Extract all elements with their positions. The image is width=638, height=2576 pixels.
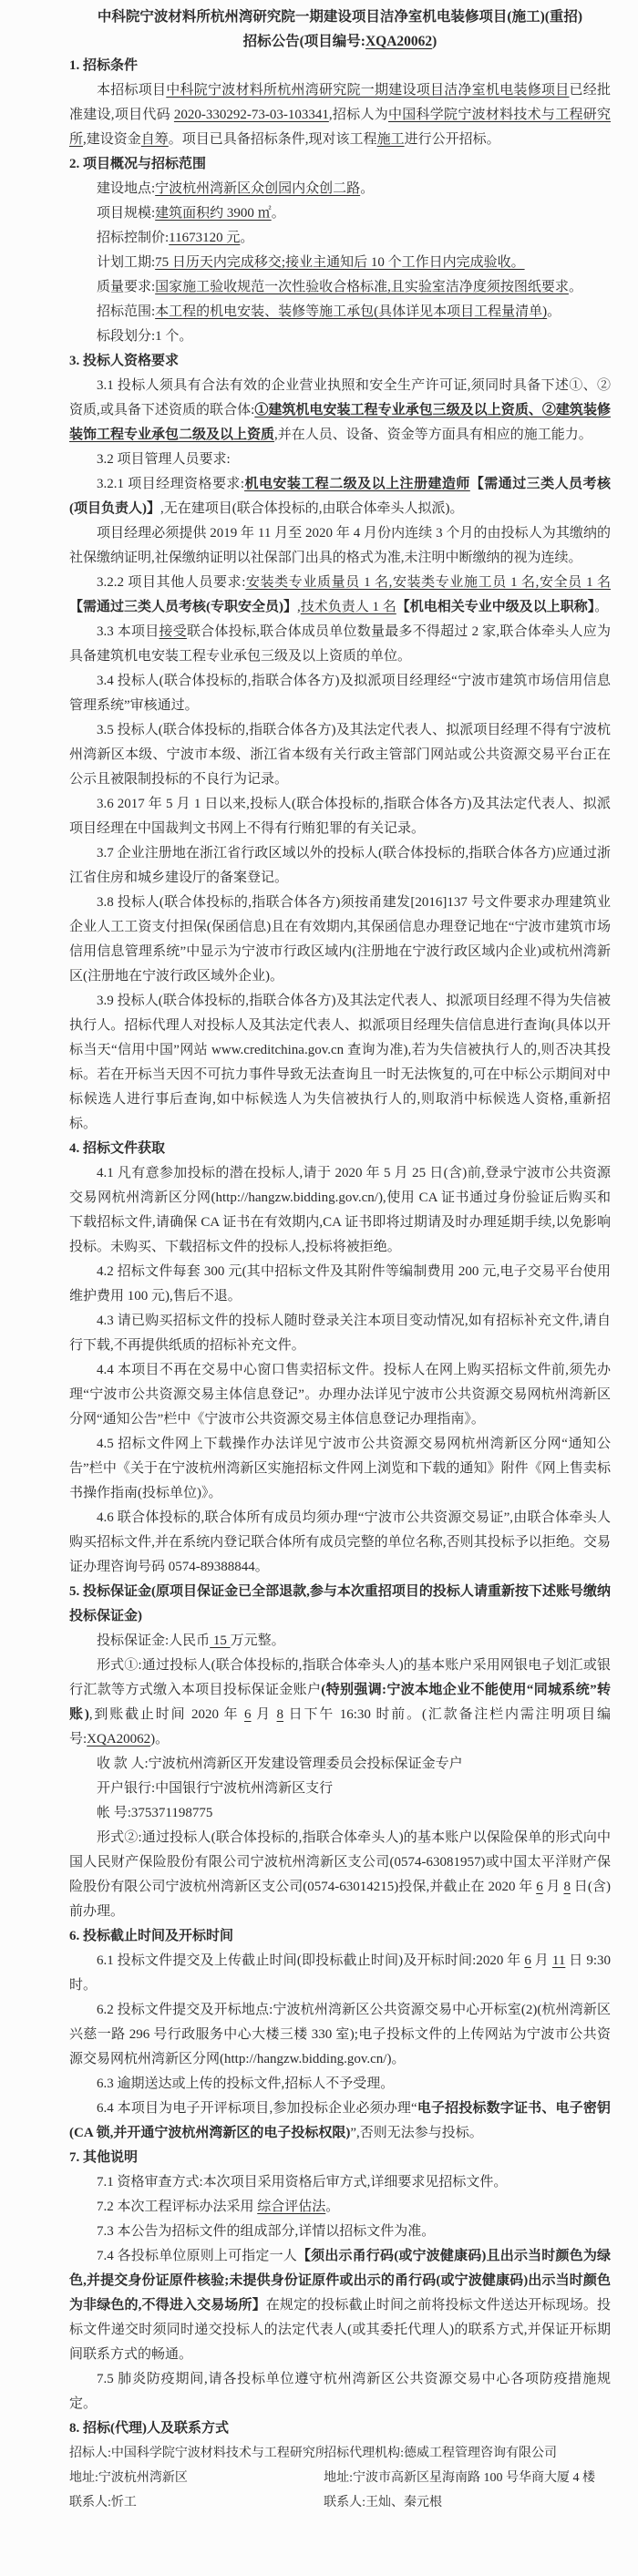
section-6-heading: 6. 投标截止时间及开标时间 — [69, 1924, 611, 1949]
text-run: 3.2.1 项目经理资格要求: — [97, 477, 244, 491]
para-3-2: 3.2 项目管理人员要求: — [69, 448, 611, 472]
para-4-4: 4.4 本项目不再在交易中心窗口售卖招标文件。投标人在网上购买招标文件前,须先办… — [69, 1358, 611, 1432]
text-run: 4.5 招标文件网上下载操作办法详见宁波市公共资源交易网杭州湾新区分网“通知公告… — [69, 1437, 611, 1500]
text-run: 6 — [244, 1707, 252, 1722]
text-run: 7. 其他说明 — [69, 2150, 138, 2165]
contact-row-1-right: 地址:宁波市高新区星海南路 100 号华商大厦 4 楼 — [324, 2466, 611, 2490]
para-3-6: 3.6 2017 年 5 月 1 日以来,投标人(联合体投标的,指联合体各方)及… — [69, 792, 611, 841]
text-run: 形式②:通过投标人(联合体投标的,指联合体牵头人)的基本账户以保险保单的形式向中… — [69, 1830, 611, 1894]
text-run: 4.2 招标文件每套 300 元(其中招标文件及其附件等编制费用 200 元,电… — [69, 1264, 611, 1303]
text-run: 8. 招标(代理)人及联系方式 — [69, 2421, 229, 2436]
text-run: 3.3 本项目 — [97, 624, 159, 639]
section-5-heading: 5. 投标保证金(原项目保证金已全部退款,参与本次重招项目的投标人请重新按下述账… — [69, 1580, 611, 1629]
text-run: 建筑面积约 3900 ㎡ — [155, 206, 272, 221]
text-run: XQA20062 — [87, 1732, 150, 1747]
text-run: 7.5 肺炎防疫期间,请各投标单位遵守杭州湾新区公共资源交易中心各项防疫措施规定… — [69, 2372, 611, 2411]
para-4-2: 4.2 招标文件每套 300 元(其中招标文件及其附件等编制费用 200 元,电… — [69, 1260, 611, 1309]
kv-quality: 质量要求:国家施工验收规范一次性验收合格标准,且实验室洁净度须按图纸要求。 — [69, 275, 611, 300]
text-run: 7.2 本次工程评标办法采用 — [97, 2200, 257, 2214]
text-run: 接受 — [159, 624, 186, 639]
text-run: 6 — [524, 1953, 531, 1968]
text-run: 4.3 请已购买招标文件的投标人随时登录关注本项目变动情况,如有招标补充文件,请… — [69, 1314, 611, 1353]
text-run: 11673120 元 — [169, 231, 240, 245]
text-run: 6.4 本项目为电子开评标项目,参加投标企业必须办理“ — [97, 2101, 417, 2116]
text-run: 。 — [594, 600, 608, 614]
text-run: 3.2.2 项目其他人员要求: — [97, 575, 245, 590]
section-7-heading: 7. 其他说明 — [69, 2146, 611, 2170]
kv-schedule: 计划工期:75 日历天内完成移交;接业主通知后 10 个工作日内完成验收。 — [69, 251, 611, 275]
text-run: 本工程的机电安装、装修等施工承包(具体详见本项目工程量清单) — [155, 304, 547, 319]
section-4-heading: 4. 招标文件获取 — [69, 1137, 611, 1161]
kv-bid-bond: 投标保证金:人民币 15 万元整。 — [69, 1629, 611, 1654]
para-7-3: 7.3 本公告为招标文件的组成部分,详情以招标文件为准。 — [69, 2220, 611, 2244]
kv-payee: 收 款 人:宁波杭州湾新区开发建设管理委员会投标保证金专户 — [69, 1752, 611, 1777]
text-run: ,无在建项目(联合体投标的,由联合体牵头人拟派)。 — [160, 501, 464, 516]
text-run: 帐 号:375371198775 — [97, 1806, 212, 1820]
text-run: 6 — [536, 1880, 543, 1894]
text-run: 6.1 投标文件提交及上传截止时间(即投标截止时间)及开标时间:2020 年 — [97, 1953, 524, 1968]
text-run: 招标范围: — [97, 304, 155, 319]
para-6-2: 6.2 投标文件提交及开标地点:宁波杭州湾新区公共资源交易中心开标室(2)(杭州… — [69, 1998, 611, 2072]
text-run: 投标保证金:人民币 — [97, 1633, 210, 1648]
text-run: 3.8 投标人(联合体投标的,指联合体各方)须按甬建发[2016]137 号文件… — [69, 895, 611, 984]
text-run: 质量要求: — [97, 280, 155, 294]
contact-row-2-left: 联系人:忻工 — [69, 2490, 324, 2515]
text-run: 月 — [252, 1707, 277, 1722]
contact-row-0-left: 招标人:中国科学院宁波材料技术与工程研究所 — [69, 2441, 324, 2466]
text-run: 。 — [360, 181, 374, 196]
text-run: 3.6 2017 年 5 月 1 日以来,投标人(联合体投标的,指联合体各方)及… — [69, 797, 611, 836]
contact-columns: 招标人:中国科学院宁波材料技术与工程研究所招标代理机构:德威工程管理咨询有限公司… — [69, 2441, 611, 2515]
text-run: 15 — [210, 1633, 231, 1648]
kv-scope: 招标范围:本工程的机电安装、装修等施工承包(具体详见本项目工程量清单)。 — [69, 300, 611, 325]
text-run: 中科院宁波材料所杭州湾研究院一期建设项目洁净室机电装修项目(施工)(重招) — [98, 9, 582, 25]
text-run: 。 — [325, 2200, 339, 2214]
contact-row-2-right: 联系人:王灿、秦元根 — [324, 2490, 611, 2515]
para-bond-form-2: 形式②:通过投标人(联合体投标的,指联合体牵头人)的基本账户以保险保单的形式向中… — [69, 1826, 611, 1924]
text-run: 收 款 人:宁波杭州湾新区开发建设管理委员会投标保证金专户 — [97, 1757, 463, 1771]
text-run: 8 — [563, 1880, 571, 1894]
text-run: 3. 投标人资格要求 — [69, 354, 179, 368]
para-3-5: 3.5 投标人(联合体投标的,指联合体各方)及其法定代表人、拟派项目经理不得有宁… — [69, 718, 611, 792]
text-run: ,建设资金 — [83, 132, 141, 147]
text-run: )。 — [150, 1732, 169, 1747]
text-run: 【机电相关专业中级及以上职称】 — [396, 600, 595, 614]
para-6-1: 6.1 投标文件提交及上传截止时间(即投标截止时间)及开标时间:2020 年 6… — [69, 1949, 611, 1998]
kv-bank: 开户银行:中国银行宁波杭州湾新区支行 — [69, 1777, 611, 1801]
para-4-5: 4.5 招标文件网上下载操作办法详见宁波市公共资源交易网杭州湾新区分网“通知公告… — [69, 1432, 611, 1506]
text-run: 6.3 逾期送达或上传的投标文件,招标人不予受理。 — [97, 2076, 394, 2091]
section-3-heading: 3. 投标人资格要求 — [69, 349, 611, 374]
doc-title-line-2: 招标公告(项目编号:XQA20062) — [69, 29, 611, 54]
text-run: 项目规模: — [97, 206, 155, 221]
text-run: 【需通过三类人员考核(专职安全员)】 — [69, 600, 297, 614]
section-1-heading: 1. 招标条件 — [69, 54, 611, 78]
para-7-1: 7.1 资格审查方式:本次项目采用资格后审方式,详细要求见招标文件。 — [69, 2170, 611, 2195]
text-run: 宁波杭州湾新区众创园内众创二路 — [155, 181, 360, 196]
contact-row-0-right: 招标代理机构:德威工程管理咨询有限公司 — [324, 2441, 611, 2466]
text-run: 技术负责人 1 名 — [301, 600, 396, 614]
text-run: 机电安装工程二级及以上注册建造师 — [244, 477, 470, 491]
text-run: 。 — [547, 304, 561, 319]
contact-row-1-left: 地址:宁波杭州湾新区 — [69, 2466, 324, 2490]
kv-scale: 项目规模:建筑面积约 3900 ㎡。 — [69, 201, 611, 226]
text-run: 4.6 联合体投标的,联合体所有成员均须办理“宁波市公共资源交易证”,由联合体牵… — [69, 1510, 611, 1574]
text-run: 75 日历天内完成移交;接业主通知后 10 个工作日内完成验收。 — [155, 255, 524, 270]
para-3-7: 3.7 企业注册地在浙江省行政区域以外的投标人(联合体投标的,指联合体各方)应通… — [69, 841, 611, 891]
para-bond-form-1: 形式①:通过投标人(联合体投标的,指联合体牵头人)的基本账户采用网银电子划汇或银… — [69, 1654, 611, 1752]
text-run: 本招标项目 — [97, 83, 166, 98]
text-run: 计划工期: — [97, 255, 155, 270]
para-3-1: 3.1 投标人须具有合法有效的企业营业执照和安全生产许可证,须同时具备下述①、②… — [69, 374, 611, 448]
text-run: 标段划分:1 个。 — [97, 329, 192, 344]
text-run: 进行公开招标。 — [405, 132, 500, 147]
text-run: 国家施工验收规范一次性验收合格标准,且实验室洁净度须按图纸要求 — [155, 280, 569, 294]
text-run: ”,否则无法参与投标。 — [350, 2126, 482, 2140]
para-7-5: 7.5 肺炎防疫期间,请各投标单位遵守杭州湾新区公共资源交易中心各项防疫措施规定… — [69, 2367, 611, 2416]
para-4-1: 4.1 凡有意参加投标的潜在投标人,请于 2020 年 5 月 25 日(含)前… — [69, 1161, 611, 1260]
text-run: 开户银行:中国银行宁波杭州湾新区支行 — [97, 1781, 333, 1796]
text-run: 招标控制价: — [97, 231, 169, 245]
text-run: 。 — [272, 206, 285, 221]
text-run: 3.9 投标人(联合体投标的,指联合体各方)及其法定代表人、拟派项目经理不得为失… — [69, 994, 611, 1131]
document-page: 中科院宁波材料所杭州湾研究院一期建设项目洁净室机电装修项目(施工)(重招)招标公… — [0, 0, 638, 2576]
text-run: 3.5 投标人(联合体投标的,指联合体各方)及其法定代表人、拟派项目经理不得有宁… — [69, 723, 611, 787]
text-run: 6. 投标截止时间及开标时间 — [69, 1929, 233, 1943]
kv-account: 帐 号:375371198775 — [69, 1801, 611, 1826]
text-run: ,到账截止时间 2020 年 — [89, 1707, 244, 1722]
para-7-2: 7.2 本次工程评标办法采用 综合评估法。 — [69, 2195, 611, 2220]
para-4-6: 4.6 联合体投标的,联合体所有成员均须办理“宁波市公共资源交易证”,由联合体牵… — [69, 1506, 611, 1580]
text-run: 招标公告(项目编号: — [243, 34, 365, 49]
text-run: 4. 招标文件获取 — [69, 1141, 165, 1156]
text-run: 。项目已具备招标条件,现对该工程 — [169, 132, 377, 147]
text-run: 万元整。 — [231, 1633, 285, 1648]
text-run: 2. 项目概况与招标范围 — [69, 157, 206, 171]
text-run: 月 — [543, 1880, 564, 1894]
text-run: 11 — [552, 1953, 565, 1968]
kv-location: 建设地点:宁波杭州湾新区众创园内众创二路。 — [69, 177, 611, 201]
para-3-2-1: 3.2.1 项目经理资格要求:机电安装工程二级及以上注册建造师【需通过三类人员考… — [69, 472, 611, 521]
para-3-2-1-social: 项目经理必须提供 2019 年 11 月至 2020 年 4 月份内连续 3 个… — [69, 521, 611, 571]
para-3-2-2: 3.2.2 项目其他人员要求:安装类专业质量员 1 名,安装类专业施工员 1 名… — [69, 571, 611, 620]
text-run: 安装类专业质量员 1 名,安装类专业施工员 1 名,安全员 1 名 — [245, 575, 611, 590]
text-run: 中科院宁波材料所杭州湾研究院一期建设项目洁净室机电装修项目 — [166, 83, 569, 98]
para-4-3: 4.3 请已购买招标文件的投标人随时登录关注本项目变动情况,如有招标补充文件,请… — [69, 1309, 611, 1358]
section-8-heading: 8. 招标(代理)人及联系方式 — [69, 2416, 611, 2441]
text-run: 5. 投标保证金(原项目保证金已全部退款,参与本次重招项目的投标人请重新按下述账… — [69, 1584, 611, 1623]
para-3-4: 3.4 投标人(联合体投标的,指联合体各方)及拟派项目经理经“宁波市建筑市场信用… — [69, 669, 611, 718]
text-run: 建设地点: — [97, 181, 155, 196]
text-run: 项目经理必须提供 2019 年 11 月至 2020 年 4 月份内连续 3 个… — [69, 526, 611, 565]
para-6-3: 6.3 逾期送达或上传的投标文件,招标人不予受理。 — [69, 2072, 611, 2097]
text-run: 3.7 企业注册地在浙江省行政区域以外的投标人(联合体投标的,指联合体各方)应通… — [69, 846, 611, 885]
text-run: 自筹 — [141, 132, 169, 147]
text-run: 施工 — [377, 132, 405, 147]
text-run: 8 — [277, 1707, 284, 1722]
text-run: ,并在人员、设备、资金等方面具有相应的施工能力。 — [274, 428, 592, 442]
text-run: XQA20062 — [365, 34, 432, 49]
para-3-9: 3.9 投标人(联合体投标的,指联合体各方)及其法定代表人、拟派项目经理不得为失… — [69, 989, 611, 1137]
text-run: 7.1 资格审查方式:本次项目采用资格后审方式,详细要求见招标文件。 — [97, 2175, 507, 2190]
text-run: 7.3 本公告为招标文件的组成部分,详情以招标文件为准。 — [97, 2224, 435, 2239]
text-run: 月 — [531, 1953, 552, 1968]
kv-sections: 标段划分:1 个。 — [69, 325, 611, 349]
text-run: 综合评估法 — [257, 2200, 325, 2214]
text-run: 6.2 投标文件提交及开标地点:宁波杭州湾新区公共资源交易中心开标室(2)(杭州… — [69, 2003, 611, 2066]
text-run: 4.4 本项目不再在交易中心窗口售卖招标文件。投标人在网上购买招标文件前,须先办… — [69, 1363, 611, 1427]
para-1-1: 本招标项目中科院宁波材料所杭州湾研究院一期建设项目洁净室机电装修项目已经批准建设… — [69, 78, 611, 152]
kv-control-price: 招标控制价:11673120 元。 — [69, 226, 611, 251]
text-run: 1. 招标条件 — [69, 58, 138, 73]
text-run: 。 — [569, 280, 582, 294]
text-run: 7.4 各投标单位原则上可指定一人 — [97, 2249, 297, 2263]
section-2-heading: 2. 项目概况与招标范围 — [69, 152, 611, 177]
para-7-4: 7.4 各投标单位原则上可指定一人【须出示甬行码(或宁波健康码)且出示当时颜色为… — [69, 2244, 611, 2367]
text-run: 3.2 项目管理人员要求: — [97, 452, 231, 467]
text-run: 2020-330292-73-03-103341 — [174, 108, 329, 122]
text-run: ,招标人为 — [329, 108, 388, 122]
text-run: ) — [432, 34, 437, 49]
para-3-8: 3.8 投标人(联合体投标的,指联合体各方)须按甬建发[2016]137 号文件… — [69, 891, 611, 989]
text-run: 4.1 凡有意参加投标的潜在投标人,请于 2020 年 5 月 25 日(含)前… — [69, 1166, 611, 1254]
doc-title-line-1: 中科院宁波材料所杭州湾研究院一期建设项目洁净室机电装修项目(施工)(重招) — [69, 5, 611, 29]
para-6-4: 6.4 本项目为电子开评标项目,参加投标企业必须办理“电子招投标数字证书、电子密… — [69, 2097, 611, 2146]
text-run: 3.4 投标人(联合体投标的,指联合体各方)及拟派项目经理经“宁波市建筑市场信用… — [69, 674, 611, 713]
text-run: 。 — [240, 231, 253, 245]
para-3-3: 3.3 本项目接受联合体投标,联合体成员单位数量最多不得超过 2 家,联合体牵头… — [69, 620, 611, 669]
